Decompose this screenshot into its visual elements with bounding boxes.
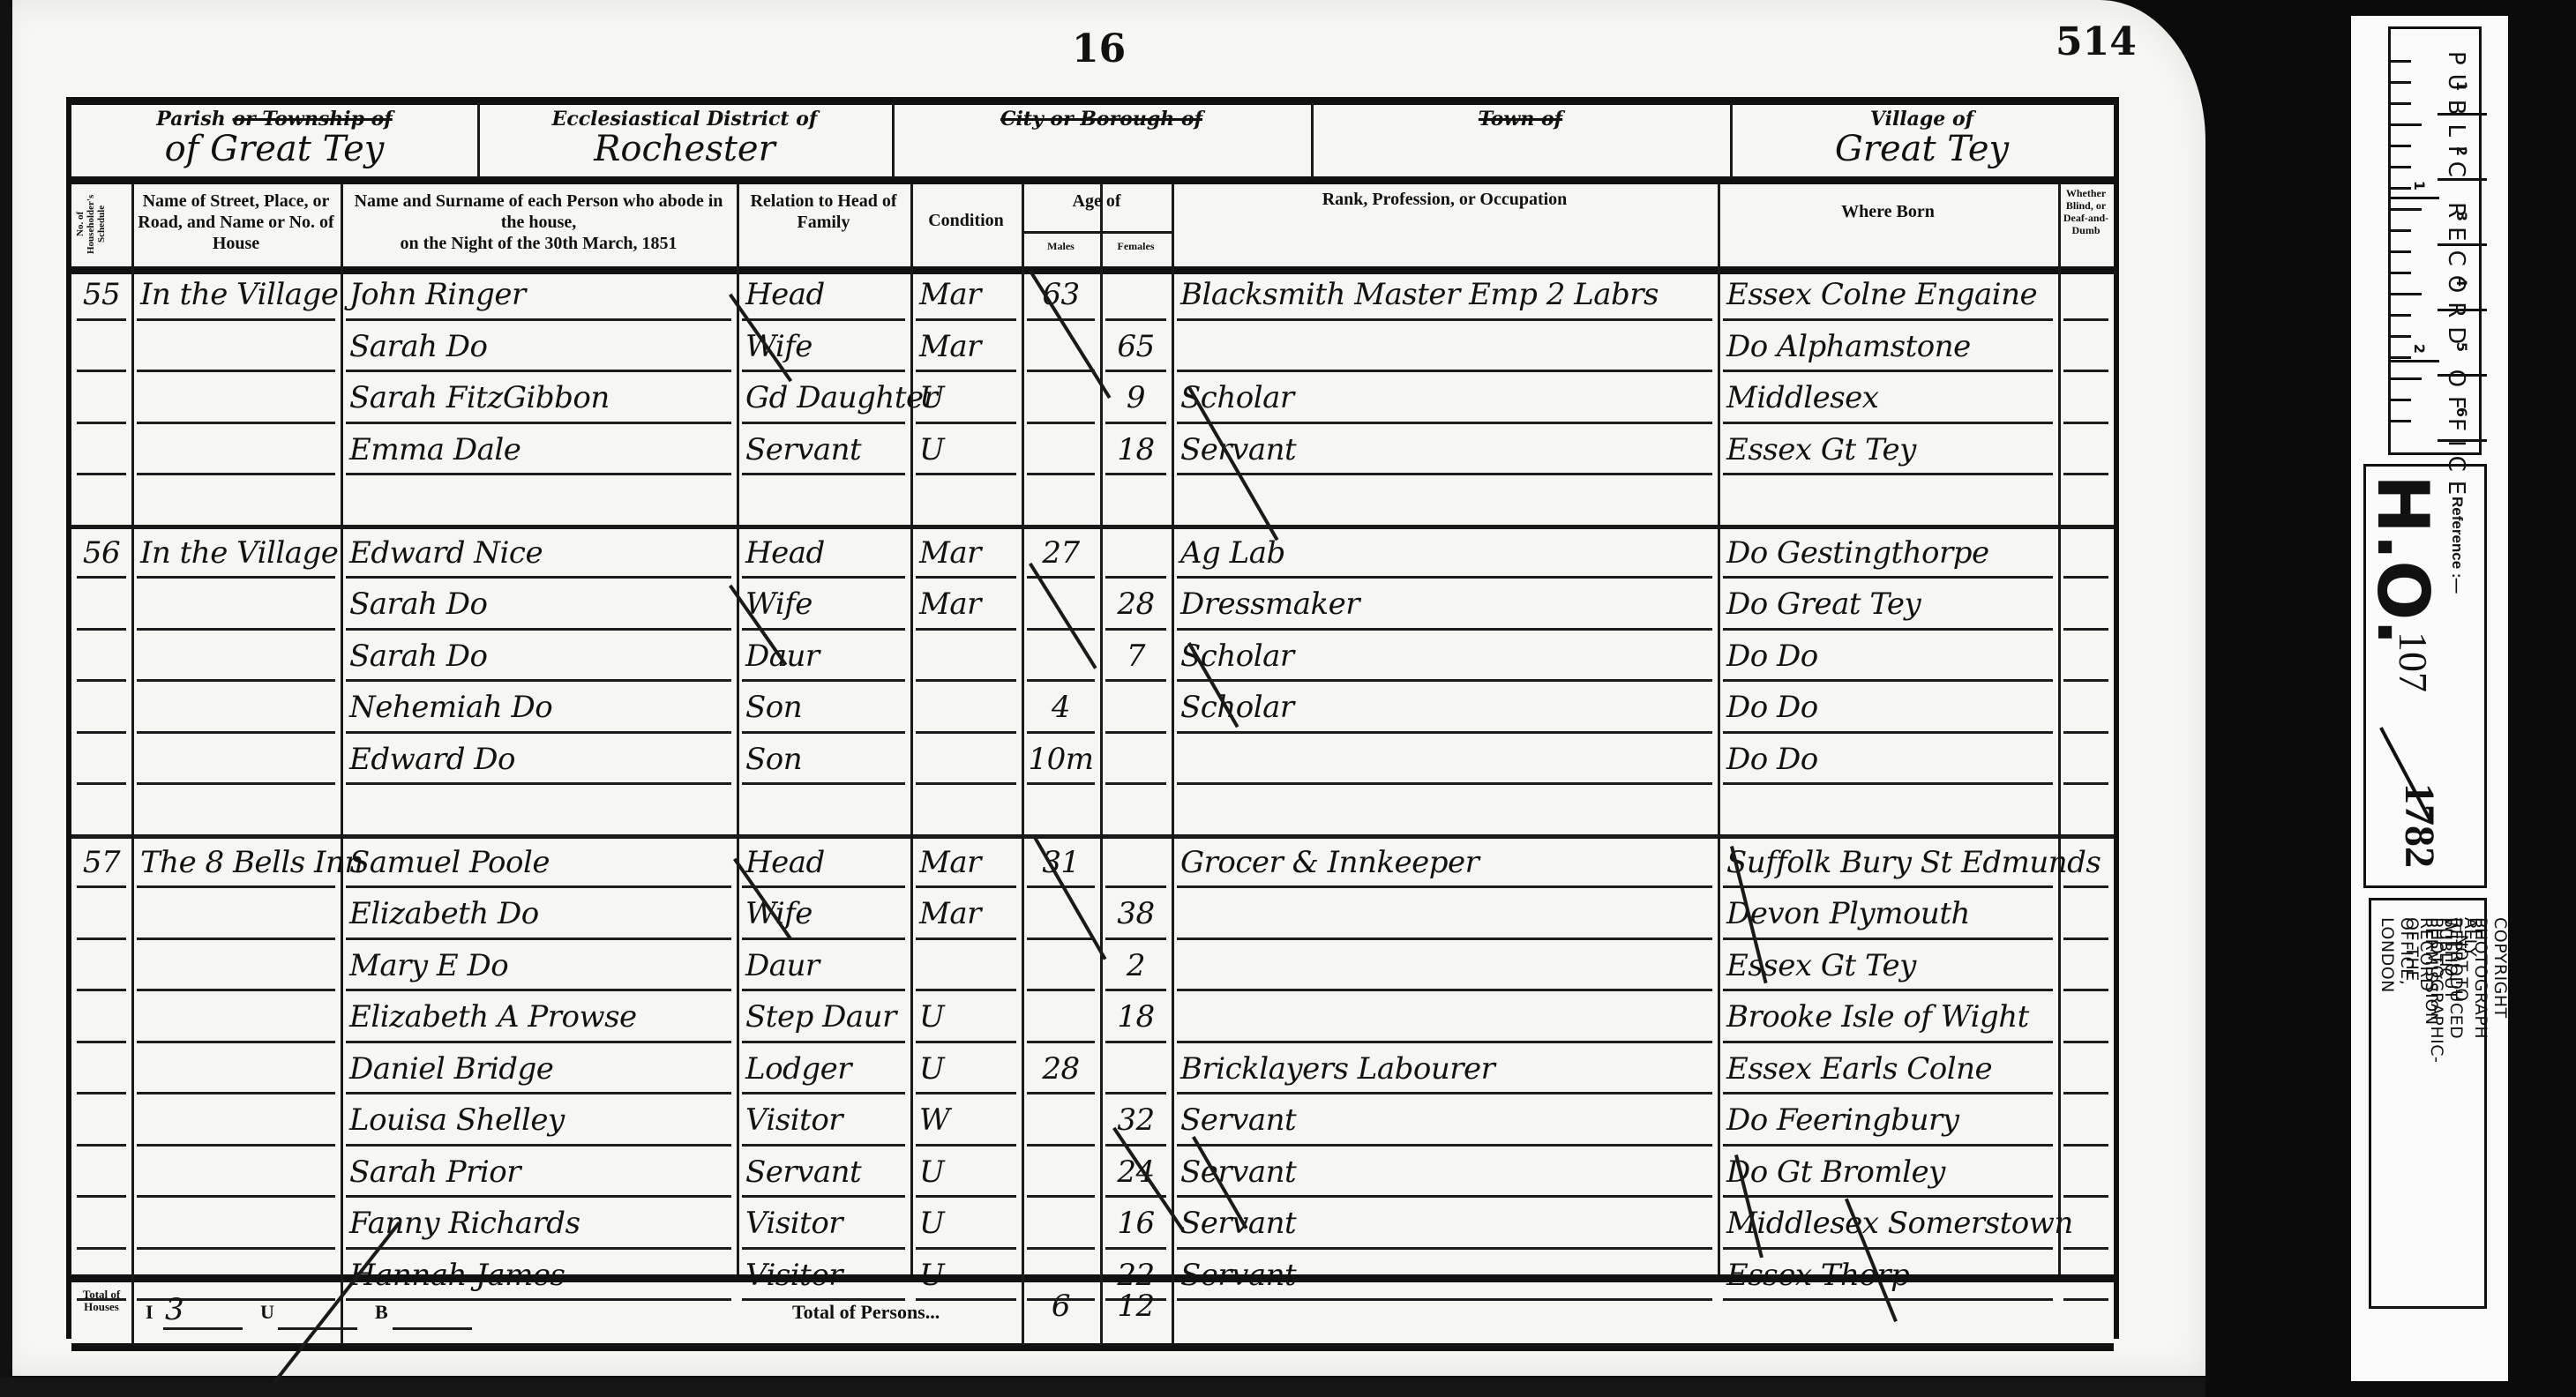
column-divider xyxy=(1022,183,1024,1274)
birthplace: Essex Earls Colne xyxy=(1726,1051,2058,1087)
row-rule xyxy=(742,1144,905,1147)
marital-condition: Mar xyxy=(919,329,1022,364)
ruler-tick xyxy=(2390,60,2411,63)
row-rule xyxy=(1723,679,2053,682)
person-name: Sarah Do xyxy=(349,639,737,674)
row-rule xyxy=(77,422,126,424)
row-rule xyxy=(137,1195,335,1198)
row-rule xyxy=(916,473,1016,475)
row-rule xyxy=(2063,473,2108,475)
row-rule xyxy=(2063,885,2108,888)
female-age: 2 xyxy=(1100,948,1172,983)
marital-condition: U xyxy=(919,432,1022,467)
row-rule xyxy=(1723,473,2053,475)
row-rule xyxy=(1177,679,1712,682)
region-label-struck: Town of xyxy=(1479,108,1562,131)
region-label-text: Ecclesiastical District of xyxy=(552,108,818,131)
region-label-text: Village of xyxy=(1870,108,1973,131)
row-rule xyxy=(77,1247,126,1250)
row-rule xyxy=(916,938,1016,940)
person-name: Sarah Do xyxy=(349,586,737,622)
birthplace: Do Do xyxy=(1726,690,2058,725)
ruler-tick xyxy=(2390,229,2411,232)
column-header-street: Name of Street, Place, or Road, and Name… xyxy=(135,190,337,254)
row-rule xyxy=(1723,731,2053,734)
row-rule xyxy=(346,576,731,579)
household-separator xyxy=(71,525,2114,529)
row-rule xyxy=(77,576,126,579)
row-rule xyxy=(137,1144,335,1147)
ruler-tick xyxy=(2390,81,2411,84)
row-rule xyxy=(916,370,1016,372)
row-rule xyxy=(1027,1247,1095,1250)
street-address: In the Village xyxy=(140,277,341,312)
row-rule xyxy=(742,885,905,888)
uninhabited-prefix: U xyxy=(260,1301,274,1324)
row-rule xyxy=(137,628,335,631)
column-divider xyxy=(737,183,739,1274)
row-rule xyxy=(137,885,335,888)
ruler-cm-divider xyxy=(2437,439,2487,442)
inhabited-blank xyxy=(163,1327,243,1330)
ruler-cm-label: 4 xyxy=(2453,277,2470,287)
relation-to-head: Visitor xyxy=(745,1206,910,1241)
census-table: Parish or Township ofof Great TeyEcclesi… xyxy=(66,97,2119,1339)
street-address: In the Village xyxy=(140,535,341,571)
row-rule xyxy=(1177,1041,1712,1043)
row-rule xyxy=(1177,473,1712,475)
row-rule xyxy=(346,679,731,682)
row-rule xyxy=(1177,628,1712,631)
row-rule xyxy=(2063,1247,2108,1250)
row-rule xyxy=(1177,731,1712,734)
relation-to-head: Son xyxy=(745,690,910,725)
ruler-tick xyxy=(2390,272,2411,274)
row-rule xyxy=(742,1247,905,1250)
birthplace: Middlesex xyxy=(1726,380,2058,415)
column-divider xyxy=(1718,183,1720,1274)
ruler-tick xyxy=(2390,420,2411,422)
column-header-cond: Condition xyxy=(914,210,1018,231)
row-rule xyxy=(2063,1041,2108,1043)
inhabited-count: 3 xyxy=(165,1292,183,1327)
ruler-inch-label: 2 xyxy=(2411,344,2428,354)
row-rule xyxy=(77,782,126,785)
region-value: Rochester xyxy=(477,129,892,169)
occupation: Scholar xyxy=(1180,639,1718,674)
totals-top-rule xyxy=(71,1274,2114,1282)
ruler-cm-label: 6 xyxy=(2453,407,2470,417)
region-value: Great Tey xyxy=(1730,129,2114,169)
male-age: 31 xyxy=(1022,845,1100,880)
person-name: Sarah Prior xyxy=(349,1154,737,1190)
tally-stroke xyxy=(1029,563,1097,669)
row-rule xyxy=(346,318,731,321)
ruler-cm-label: 2 xyxy=(2453,146,2470,156)
row-rule xyxy=(77,1195,126,1198)
row-rule xyxy=(137,1247,335,1250)
row-rule xyxy=(916,1144,1016,1147)
page-left-shadow xyxy=(0,0,12,1397)
female-age: 18 xyxy=(1100,432,1172,467)
row-rule xyxy=(137,1041,335,1043)
row-rule xyxy=(137,989,335,991)
person-name: Elizabeth Do xyxy=(349,896,737,931)
row-rule xyxy=(1723,782,2053,785)
male-age: 4 xyxy=(1022,690,1100,725)
birthplace: Devon Plymouth xyxy=(1726,896,2058,931)
male-age: 10m xyxy=(1022,742,1100,777)
row-rule xyxy=(2063,1298,2108,1301)
row-rule xyxy=(2063,1144,2108,1147)
row-rule xyxy=(742,370,905,372)
relation-to-head: Son xyxy=(745,742,910,777)
ruler-inch-divider xyxy=(2390,197,2439,199)
row-rule xyxy=(1177,1144,1712,1147)
ruler-tick xyxy=(2390,293,2422,295)
ruler-tick xyxy=(2390,335,2411,338)
row-rule xyxy=(1105,422,1166,424)
person-name: Sarah FitzGibbon xyxy=(349,380,737,415)
row-rule xyxy=(1723,628,2053,631)
ruler-cm-divider xyxy=(2437,113,2487,116)
row-rule xyxy=(742,679,905,682)
row-rule xyxy=(2063,628,2108,631)
marital-condition: W xyxy=(919,1102,1022,1138)
row-rule xyxy=(1105,782,1166,785)
column-header-occ: Rank, Profession, or Occupation xyxy=(1175,189,1714,210)
ruler-tick xyxy=(2390,356,2411,359)
marital-condition: U xyxy=(919,1051,1022,1087)
row-rule xyxy=(346,938,731,940)
birthplace: Do Gt Bromley xyxy=(1726,1154,2058,1190)
birthplace: Essex Gt Tey xyxy=(1726,948,2058,983)
row-rule xyxy=(1177,885,1712,888)
row-rule xyxy=(1105,885,1166,888)
region-band-rule xyxy=(71,176,2114,184)
page-bottom-shadow xyxy=(0,1378,2205,1397)
female-age: 9 xyxy=(1100,380,1172,415)
row-rule xyxy=(1027,679,1095,682)
row-rule xyxy=(1105,1041,1166,1043)
column-header-born: Where Born xyxy=(1721,201,2055,222)
row-rule xyxy=(1105,1144,1166,1147)
person-name: Elizabeth A Prowse xyxy=(349,999,737,1035)
row-rule xyxy=(1027,782,1095,785)
marital-condition: U xyxy=(919,380,1022,415)
row-rule xyxy=(77,1144,126,1147)
row-rule xyxy=(77,318,126,321)
ruler-cm-label: 1 xyxy=(2453,81,2470,91)
age-subheader-rule xyxy=(1022,231,1172,234)
row-rule xyxy=(1105,473,1166,475)
row-rule xyxy=(346,370,731,372)
row-rule xyxy=(137,938,335,940)
row-rule xyxy=(742,938,905,940)
total-females: 12 xyxy=(1100,1289,1172,1324)
reference-card: PUBLIC RECORD OFFICE Reference :— H.O. 1… xyxy=(2351,16,2508,1381)
person-name: Nehemiah Do xyxy=(349,690,737,725)
relation-to-head: Head xyxy=(745,277,910,312)
birthplace: Do Gestingthorpe xyxy=(1726,535,2058,571)
row-rule xyxy=(137,473,335,475)
female-age: 16 xyxy=(1100,1206,1172,1241)
ruler-tick xyxy=(2390,102,2411,105)
row-rule xyxy=(916,1247,1016,1250)
person-name: Edward Nice xyxy=(349,535,737,571)
row-rule xyxy=(1177,1298,1712,1301)
row-rule xyxy=(1723,370,2053,372)
row-rule xyxy=(346,628,731,631)
row-rule xyxy=(916,422,1016,424)
relation-to-head: Servant xyxy=(745,1154,910,1190)
region-label-struck: or Township of xyxy=(232,108,392,131)
person-name: Fanny Richards xyxy=(349,1206,737,1241)
row-rule xyxy=(2063,318,2108,321)
row-rule xyxy=(742,628,905,631)
occupation: Scholar xyxy=(1180,380,1718,415)
ruler-tick xyxy=(2390,377,2422,380)
column-divider xyxy=(131,183,134,1274)
row-rule xyxy=(916,576,1016,579)
row-rule xyxy=(1723,1041,2053,1043)
row-rule xyxy=(137,370,335,372)
row-rule xyxy=(77,1092,126,1094)
census-date: on the Night of the 30th March, 1851 xyxy=(344,233,733,254)
row-rule xyxy=(346,989,731,991)
marital-condition: U xyxy=(919,999,1022,1035)
row-rule xyxy=(1177,989,1712,991)
row-rule xyxy=(1105,576,1166,579)
row-rule xyxy=(77,679,126,682)
ruler-cm-divider xyxy=(2437,374,2487,377)
occupation: Grocer & Innkeeper xyxy=(1180,845,1718,880)
totals-divider xyxy=(131,1274,134,1345)
male-age: 28 xyxy=(1022,1051,1100,1087)
row-rule xyxy=(2063,422,2108,424)
row-rule xyxy=(1105,370,1166,372)
person-name: Samuel Poole xyxy=(349,845,737,880)
ruler-tick xyxy=(2390,314,2411,317)
building-prefix: B xyxy=(375,1301,388,1324)
inhabited-prefix: I xyxy=(146,1301,154,1324)
row-rule xyxy=(1177,576,1712,579)
total-males: 6 xyxy=(1022,1289,1100,1324)
row-rule xyxy=(916,318,1016,321)
row-rule xyxy=(1105,628,1166,631)
birthplace: Do Do xyxy=(1726,742,2058,777)
row-rule xyxy=(77,989,126,991)
female-age: 18 xyxy=(1100,999,1172,1035)
marital-condition: Mar xyxy=(919,586,1022,622)
occupation: Servant xyxy=(1180,432,1718,467)
row-rule xyxy=(742,576,905,579)
row-rule xyxy=(346,1144,731,1147)
row-rule xyxy=(742,782,905,785)
region-label-text: Parish xyxy=(156,108,232,131)
row-rule xyxy=(1177,318,1712,321)
total-persons-label: Total of Persons... xyxy=(792,1301,940,1324)
occupation: Servant xyxy=(1180,1206,1718,1241)
ruler-inch-divider xyxy=(2390,360,2439,362)
row-rule xyxy=(346,422,731,424)
marital-condition: Mar xyxy=(919,535,1022,571)
row-rule xyxy=(742,989,905,991)
ruler-cm-label: 5 xyxy=(2453,342,2470,352)
person-name: Emma Dale xyxy=(349,432,737,467)
row-rule xyxy=(1177,422,1712,424)
row-rule xyxy=(1105,679,1166,682)
row-rule xyxy=(77,938,126,940)
totals-divider xyxy=(1172,1274,1174,1345)
occupation: Servant xyxy=(1180,1154,1718,1190)
row-rule xyxy=(1105,1092,1166,1094)
person-name: John Ringer xyxy=(349,277,737,312)
row-rule xyxy=(346,1298,731,1301)
region-label: Village of xyxy=(1730,108,2114,131)
relation-to-head: Head xyxy=(745,535,910,571)
birthplace: Middlesex Somerstown xyxy=(1726,1206,2058,1241)
row-rule xyxy=(1105,318,1166,321)
female-age: 28 xyxy=(1100,586,1172,622)
row-rule xyxy=(916,628,1016,631)
female-age: 7 xyxy=(1100,639,1172,674)
row-rule xyxy=(742,1092,905,1094)
row-rule xyxy=(137,318,335,321)
row-rule xyxy=(1723,1247,2053,1250)
copyright-line: COPYRIGHT PHOTOGRAPH—NOT TO xyxy=(2452,917,2510,1039)
column-header-blind: Whether Blind, or Deaf-and-Dumb xyxy=(2062,187,2110,236)
row-rule xyxy=(1105,731,1166,734)
row-rule xyxy=(77,731,126,734)
region-value: of Great Tey xyxy=(71,129,477,169)
birthplace: Do Great Tey xyxy=(1726,586,2058,622)
row-rule xyxy=(916,1092,1016,1094)
row-rule xyxy=(1027,989,1095,991)
row-rule xyxy=(77,885,126,888)
reference-label: Reference :— xyxy=(2448,497,2466,594)
row-rule xyxy=(1027,1041,1095,1043)
row-rule xyxy=(346,1041,731,1043)
row-rule xyxy=(2063,1092,2108,1094)
birthplace: Essex Colne Engaine xyxy=(1726,277,2058,312)
row-rule xyxy=(2063,1195,2108,1198)
piece-number-a: 107 xyxy=(2390,631,2437,692)
row-rule xyxy=(1027,473,1095,475)
row-rule xyxy=(2063,679,2108,682)
row-rule xyxy=(1105,989,1166,991)
row-rule xyxy=(1177,1247,1712,1250)
person-name: Louisa Shelley xyxy=(349,1102,737,1138)
row-rule xyxy=(1723,576,2053,579)
header-bottom-rule xyxy=(71,266,2114,274)
person-name: Mary E Do xyxy=(349,948,737,983)
relation-to-head: Step Daur xyxy=(745,999,910,1035)
marital-condition: U xyxy=(919,1154,1022,1190)
birthplace: Essex Gt Tey xyxy=(1726,432,2058,467)
column-header-rel: Relation to Head of Family xyxy=(740,190,907,233)
row-rule xyxy=(137,576,335,579)
marital-condition: Mar xyxy=(919,845,1022,880)
ruler-cm-divider xyxy=(2437,178,2487,181)
birthplace: Brooke Isle of Wight xyxy=(1726,999,2058,1035)
table-bottom-rule xyxy=(71,1343,2114,1351)
row-rule xyxy=(1177,1195,1712,1198)
ruler-tick xyxy=(2390,208,2422,211)
ruler-cm-label: 3 xyxy=(2453,212,2470,221)
row-rule xyxy=(346,885,731,888)
row-rule xyxy=(1723,989,2053,991)
birthplace: Do Do xyxy=(1726,639,2058,674)
street-address: The 8 Bells Inn xyxy=(140,845,341,880)
column-header-f: Females xyxy=(1104,240,1168,252)
household-separator xyxy=(71,834,2114,839)
row-rule xyxy=(77,628,126,631)
row-rule xyxy=(1027,938,1095,940)
column-header-schedule: No. of Householder's Schedule xyxy=(75,189,128,259)
row-rule xyxy=(916,1041,1016,1043)
row-rule xyxy=(1027,1144,1095,1147)
row-rule xyxy=(916,989,1016,991)
female-age: 65 xyxy=(1100,329,1172,364)
column-divider xyxy=(910,183,913,1274)
schedule-number: 55 xyxy=(71,277,131,312)
row-rule xyxy=(2063,938,2108,940)
relation-to-head: Visitor xyxy=(745,1102,910,1138)
column-divider xyxy=(1172,183,1174,1274)
ruler-cm-divider xyxy=(2437,243,2487,246)
table-top-rule xyxy=(71,97,2114,105)
occupation: Ag Lab xyxy=(1180,535,1718,571)
occupation: Scholar xyxy=(1180,690,1718,725)
row-rule xyxy=(2063,782,2108,785)
birthplace: Do Feeringbury xyxy=(1726,1102,2058,1138)
column-header-m: Males xyxy=(1025,240,1097,252)
marital-condition: U xyxy=(919,1206,1022,1241)
relation-to-head: Head xyxy=(745,845,910,880)
row-rule xyxy=(137,731,335,734)
ruler-tick xyxy=(2390,166,2411,168)
female-age: 32 xyxy=(1100,1102,1172,1138)
ruler-tick xyxy=(2390,145,2411,147)
folio-number: 16 xyxy=(1072,26,1126,71)
row-rule xyxy=(1105,1247,1166,1250)
row-rule xyxy=(2063,731,2108,734)
row-rule xyxy=(1027,422,1095,424)
row-rule xyxy=(742,318,905,321)
row-rule xyxy=(77,473,126,475)
occupation: Servant xyxy=(1180,1102,1718,1138)
row-rule xyxy=(742,1195,905,1198)
piece-number-b: 1782 xyxy=(2395,783,2444,868)
column-divider xyxy=(2058,183,2061,1274)
row-rule xyxy=(2063,576,2108,579)
row-rule xyxy=(1723,938,2053,940)
row-rule xyxy=(346,731,731,734)
relation-to-head: Servant xyxy=(745,432,910,467)
row-rule xyxy=(1723,1144,2053,1147)
ruler-tick xyxy=(2390,399,2411,401)
row-rule xyxy=(137,679,335,682)
column-header-name: Name and Surname of each Person who abod… xyxy=(344,190,733,254)
female-age: 38 xyxy=(1100,896,1172,931)
column-divider xyxy=(341,183,343,1274)
row-rule xyxy=(137,422,335,424)
page-number: 514 xyxy=(2056,19,2137,64)
row-rule xyxy=(346,782,731,785)
marital-condition: Mar xyxy=(919,277,1022,312)
marital-condition: Mar xyxy=(919,896,1022,931)
